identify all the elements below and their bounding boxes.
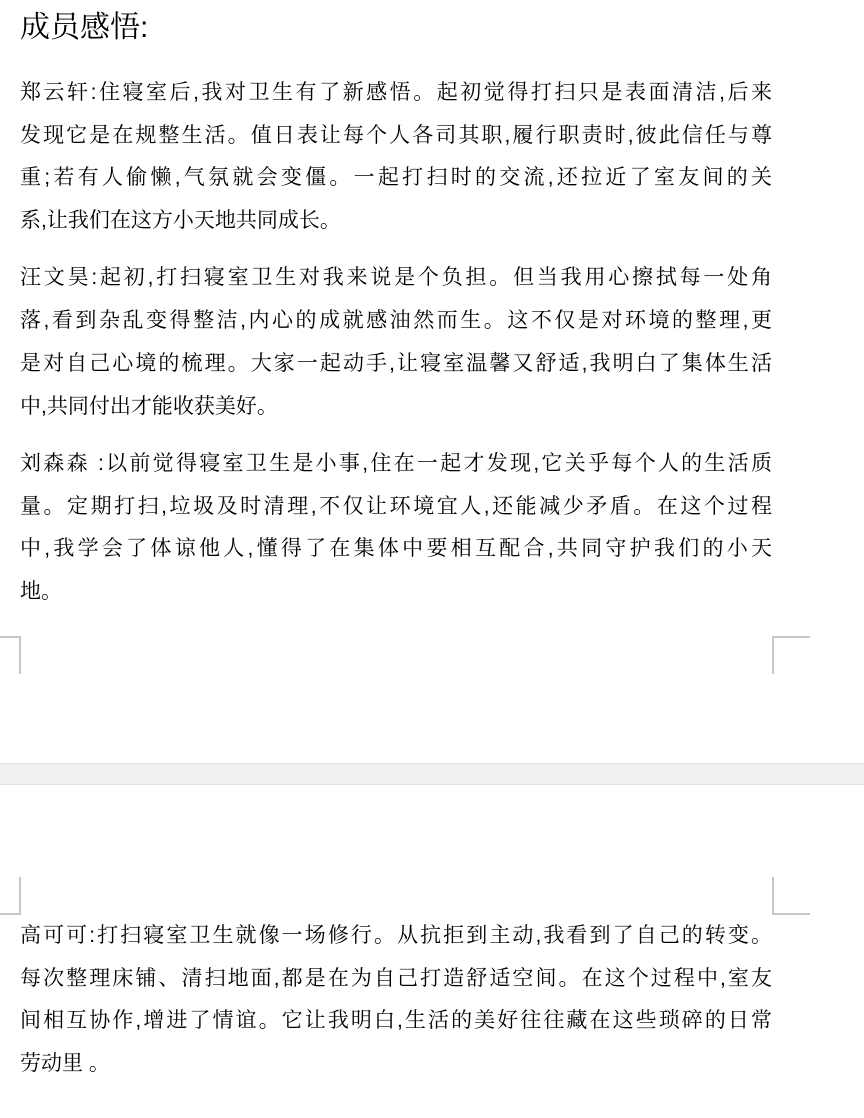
paragraph-line[interactable]: 量。定期打扫,垃圾及时清理,不仅让环境宜人,还能减少矛盾。在这个过程 bbox=[20, 486, 772, 529]
paragraph-line[interactable]: 每次整理床铺、清扫地面,都是在为自己打造舒适空间。在这个过程中,室友 bbox=[20, 958, 772, 1001]
text-boundary-mark-top-right bbox=[772, 877, 810, 915]
document-viewport: 成员感悟: 郑云轩:住寝室后,我对卫生有了新感悟。起初觉得打扫只是表面清洁,后来… bbox=[0, 0, 864, 1118]
document-page-2[interactable]: 高可可:打扫寝室卫生就像一场修行。从抗拒到主动,我看到了自己的转变。 每次整理床… bbox=[0, 785, 864, 1118]
page-2-text-area: 高可可:打扫寝室卫生就像一场修行。从抗拒到主动,我看到了自己的转变。 每次整理床… bbox=[0, 785, 864, 1086]
paragraph-line[interactable]: 落,看到杂乱变得整洁,内心的成就感油然而生。这不仅是对环境的整理,更 bbox=[20, 300, 772, 343]
paragraph-line[interactable]: 间相互协作,增进了情谊。它让我明白,生活的美好往往藏在这些琐碎的日常 bbox=[20, 1000, 772, 1043]
paragraph-line[interactable]: 发现它是在规整生活。值日表让每个人各司其职,履行职责时,彼此信任与尊 bbox=[20, 115, 772, 158]
document-heading[interactable]: 成员感悟: bbox=[20, 4, 772, 52]
paragraph-line[interactable]: 高可可:打扫寝室卫生就像一场修行。从抗拒到主动,我看到了自己的转变。 bbox=[20, 915, 772, 958]
paragraph-line[interactable]: 是对自己心境的梳理。大家一起动手,让寝室温馨又舒适,我明白了集体生活 bbox=[20, 343, 772, 386]
paragraph-zhengyunxuan: 郑云轩:住寝室后,我对卫生有了新感悟。起初觉得打扫只是表面清洁,后来 发现它是在… bbox=[20, 72, 772, 243]
text-boundary-mark-top-left bbox=[0, 877, 21, 915]
page-gap bbox=[0, 763, 864, 785]
paragraph-line[interactable]: 中,我学会了体谅他人,懂得了在集体中要相互配合,共同守护我们的小天 bbox=[20, 528, 772, 571]
paragraph-liusensen: 刘森森 :以前觉得寝室卫生是小事,住在一起才发现,它关乎每个人的生活质 量。定期… bbox=[20, 443, 772, 614]
paragraph-line[interactable]: 系,让我们在这方小天地共同成长。 bbox=[20, 200, 772, 243]
paragraph-line[interactable]: 地。 bbox=[20, 571, 772, 614]
paragraph-line[interactable]: 郑云轩:住寝室后,我对卫生有了新感悟。起初觉得打扫只是表面清洁,后来 bbox=[20, 72, 772, 115]
paragraph-line[interactable]: 汪文昊:起初,打扫寝室卫生对我来说是个负担。但当我用心擦拭每一处角 bbox=[20, 257, 772, 300]
page-1-text-area: 成员感悟: 郑云轩:住寝室后,我对卫生有了新感悟。起初觉得打扫只是表面清洁,后来… bbox=[0, 0, 864, 614]
paragraph-line[interactable]: 中,共同付出才能收获美好。 bbox=[20, 386, 772, 429]
text-boundary-mark-bottom-right bbox=[772, 636, 810, 674]
paragraph-gaokeke: 高可可:打扫寝室卫生就像一场修行。从抗拒到主动,我看到了自己的转变。 每次整理床… bbox=[20, 915, 772, 1086]
paragraph-line[interactable]: 刘森森 :以前觉得寝室卫生是小事,住在一起才发现,它关乎每个人的生活质 bbox=[20, 443, 772, 486]
paragraph-line[interactable]: 劳动里 。 bbox=[20, 1043, 772, 1086]
paragraph-wangwenhao: 汪文昊:起初,打扫寝室卫生对我来说是个负担。但当我用心擦拭每一处角 落,看到杂乱… bbox=[20, 257, 772, 428]
document-page-1[interactable]: 成员感悟: 郑云轩:住寝室后,我对卫生有了新感悟。起初觉得打扫只是表面清洁,后来… bbox=[0, 0, 864, 763]
text-boundary-mark-bottom-left bbox=[0, 636, 21, 674]
paragraph-line[interactable]: 重;若有人偷懒,气氛就会变僵。一起打扫时的交流,还拉近了室友间的关 bbox=[20, 157, 772, 200]
